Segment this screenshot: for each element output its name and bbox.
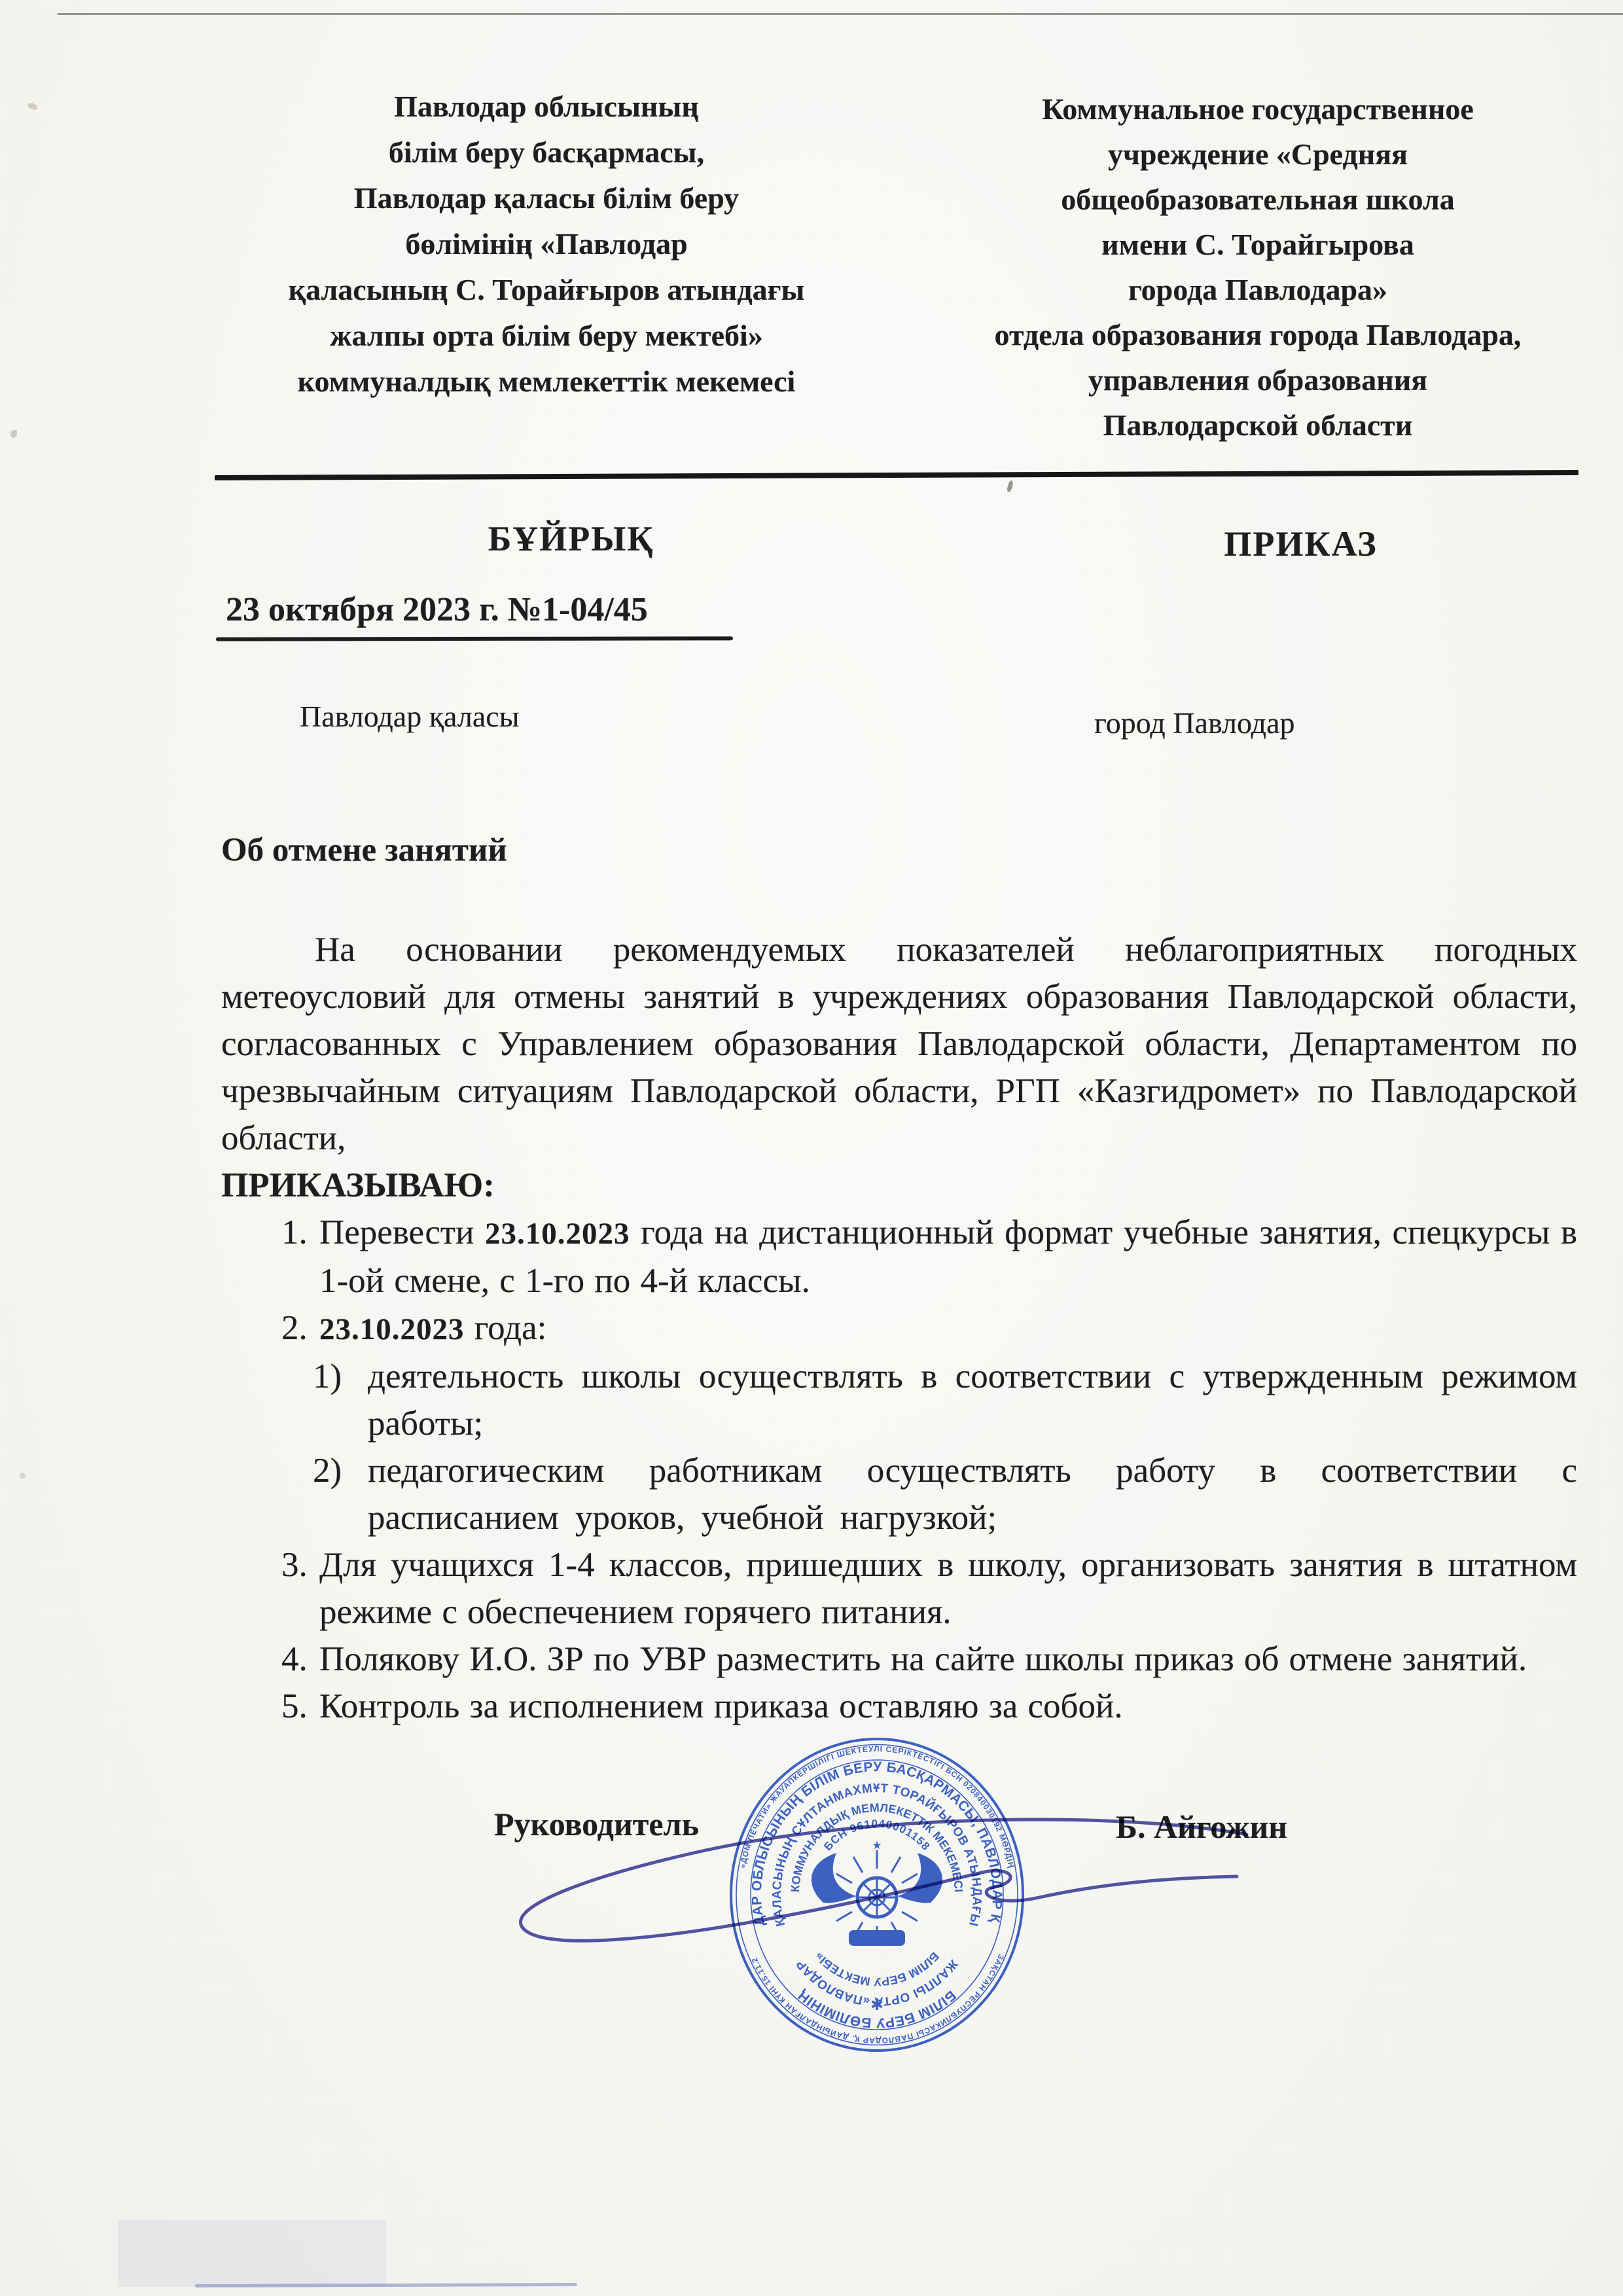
item-marker: 3.	[281, 1541, 308, 1588]
letterhead-line: отдела образования города Павлодара,	[915, 312, 1601, 357]
letterhead-russian: Коммунальное государственное учреждение …	[915, 86, 1601, 448]
inline-date: 23.10.2023	[485, 1217, 630, 1251]
order-item-1: 1. Перевести 23.10.2023 года на дистанци…	[221, 1209, 1577, 1304]
date-underline	[216, 636, 733, 641]
place-kk: Павлодар қаласы	[300, 699, 520, 734]
stamp-separator-star: ✱	[870, 1996, 883, 2014]
order-item-5: 5. Контроль за исполнением приказа остав…	[221, 1683, 1577, 1730]
letterhead-line: коммуналдық мемлекеттік мекемесі	[216, 359, 877, 404]
letterhead-line: бөлімінің «Павлодар	[216, 221, 877, 267]
inline-date: 23.10.2023	[319, 1312, 465, 1346]
item-text: деятельность школы осуществлять в соотве…	[368, 1353, 1577, 1447]
letterhead-line: Павлодар облысының	[216, 84, 877, 130]
place-ru: город Павлодар	[1094, 706, 1295, 740]
order-date-number: 23 октября 2023 г. №1-04/45	[226, 590, 648, 629]
letterhead-line: общеобразовательная школа	[915, 177, 1601, 222]
order-title-kk: БҰЙРЫҚ	[216, 518, 926, 559]
scan-tick-mark	[1006, 480, 1014, 492]
item-text: педагогическим работникам осуществлять р…	[368, 1447, 1577, 1541]
item-text: Для учащихся 1-4 классов, пришедших в шк…	[319, 1541, 1577, 1636]
letterhead-line: имени С. Торайгырова	[915, 222, 1601, 267]
item-marker: 2)	[313, 1447, 342, 1494]
order-item-4: 4. Полякову И.О. ЗР по УВР разместить на…	[221, 1636, 1577, 1683]
letterhead-line: жалпы орта білім беру мектебі»	[216, 313, 877, 359]
letterhead-line: Коммунальное государственное	[915, 86, 1601, 132]
order-item-2: 2. 23.10.2023 года:	[221, 1304, 1577, 1353]
letterhead-kazakh: Павлодар облысының білім беру басқармасы…	[216, 84, 877, 404]
preamble-paragraph: На основании рекомендуемых показателей н…	[221, 926, 1577, 1162]
item-marker: 1.	[281, 1209, 308, 1256]
scan-speck	[20, 1473, 26, 1479]
letterhead-line: Павлодар қаласы білім беру	[216, 175, 877, 221]
order-title-ru: ПРИКАЗ	[929, 524, 1623, 564]
horizontal-divider	[215, 470, 1578, 480]
letterhead-line: города Павлодара»	[915, 267, 1601, 312]
handwritten-signature	[497, 1797, 1270, 1970]
scan-speck	[27, 101, 39, 111]
item-marker: 1)	[313, 1353, 342, 1400]
directive-word: ПРИКАЗЫВАЮ:	[221, 1162, 1577, 1209]
item-marker: 4.	[281, 1636, 308, 1683]
letterhead-line: управления образования	[915, 357, 1601, 403]
order-subject: Об отмене занятий	[221, 831, 507, 869]
order-item-2-sub-2: 2) педагогическим работникам осуществлят…	[221, 1447, 1577, 1541]
letterhead-line: Павлодарской области	[915, 403, 1601, 448]
scan-artifact-line	[195, 2283, 577, 2287]
letterhead-line: қаласының С. Торайғыров атындағы	[216, 267, 877, 313]
item-text: Полякову И.О. ЗР по УВР разместить на са…	[319, 1636, 1577, 1683]
scan-speck	[10, 430, 17, 438]
letterhead-line: учреждение «Средняя	[915, 132, 1601, 177]
item-text: 23.10.2023 года:	[319, 1304, 1577, 1353]
item-text-run: Перевести	[319, 1213, 485, 1251]
item-text: Контроль за исполнением приказа оставляю…	[319, 1683, 1577, 1730]
order-item-2-sub-1: 1) деятельность школы осуществлять в соо…	[221, 1353, 1577, 1447]
scanned-order-page: Павлодар облысының білім беру басқармасы…	[0, 0, 1623, 2296]
scan-edge-line	[58, 13, 1623, 15]
order-body: На основании рекомендуемых показателей н…	[221, 926, 1577, 1730]
item-marker: 5.	[281, 1683, 308, 1730]
scan-tint-patch	[118, 2220, 386, 2287]
order-item-3: 3. Для учащихся 1-4 классов, пришедших в…	[221, 1541, 1577, 1636]
letterhead-line: білім беру басқармасы,	[216, 130, 877, 175]
item-marker: 2.	[281, 1304, 308, 1352]
item-text-run: года:	[465, 1309, 547, 1347]
item-text: Перевести 23.10.2023 года на дистанционн…	[319, 1209, 1577, 1304]
